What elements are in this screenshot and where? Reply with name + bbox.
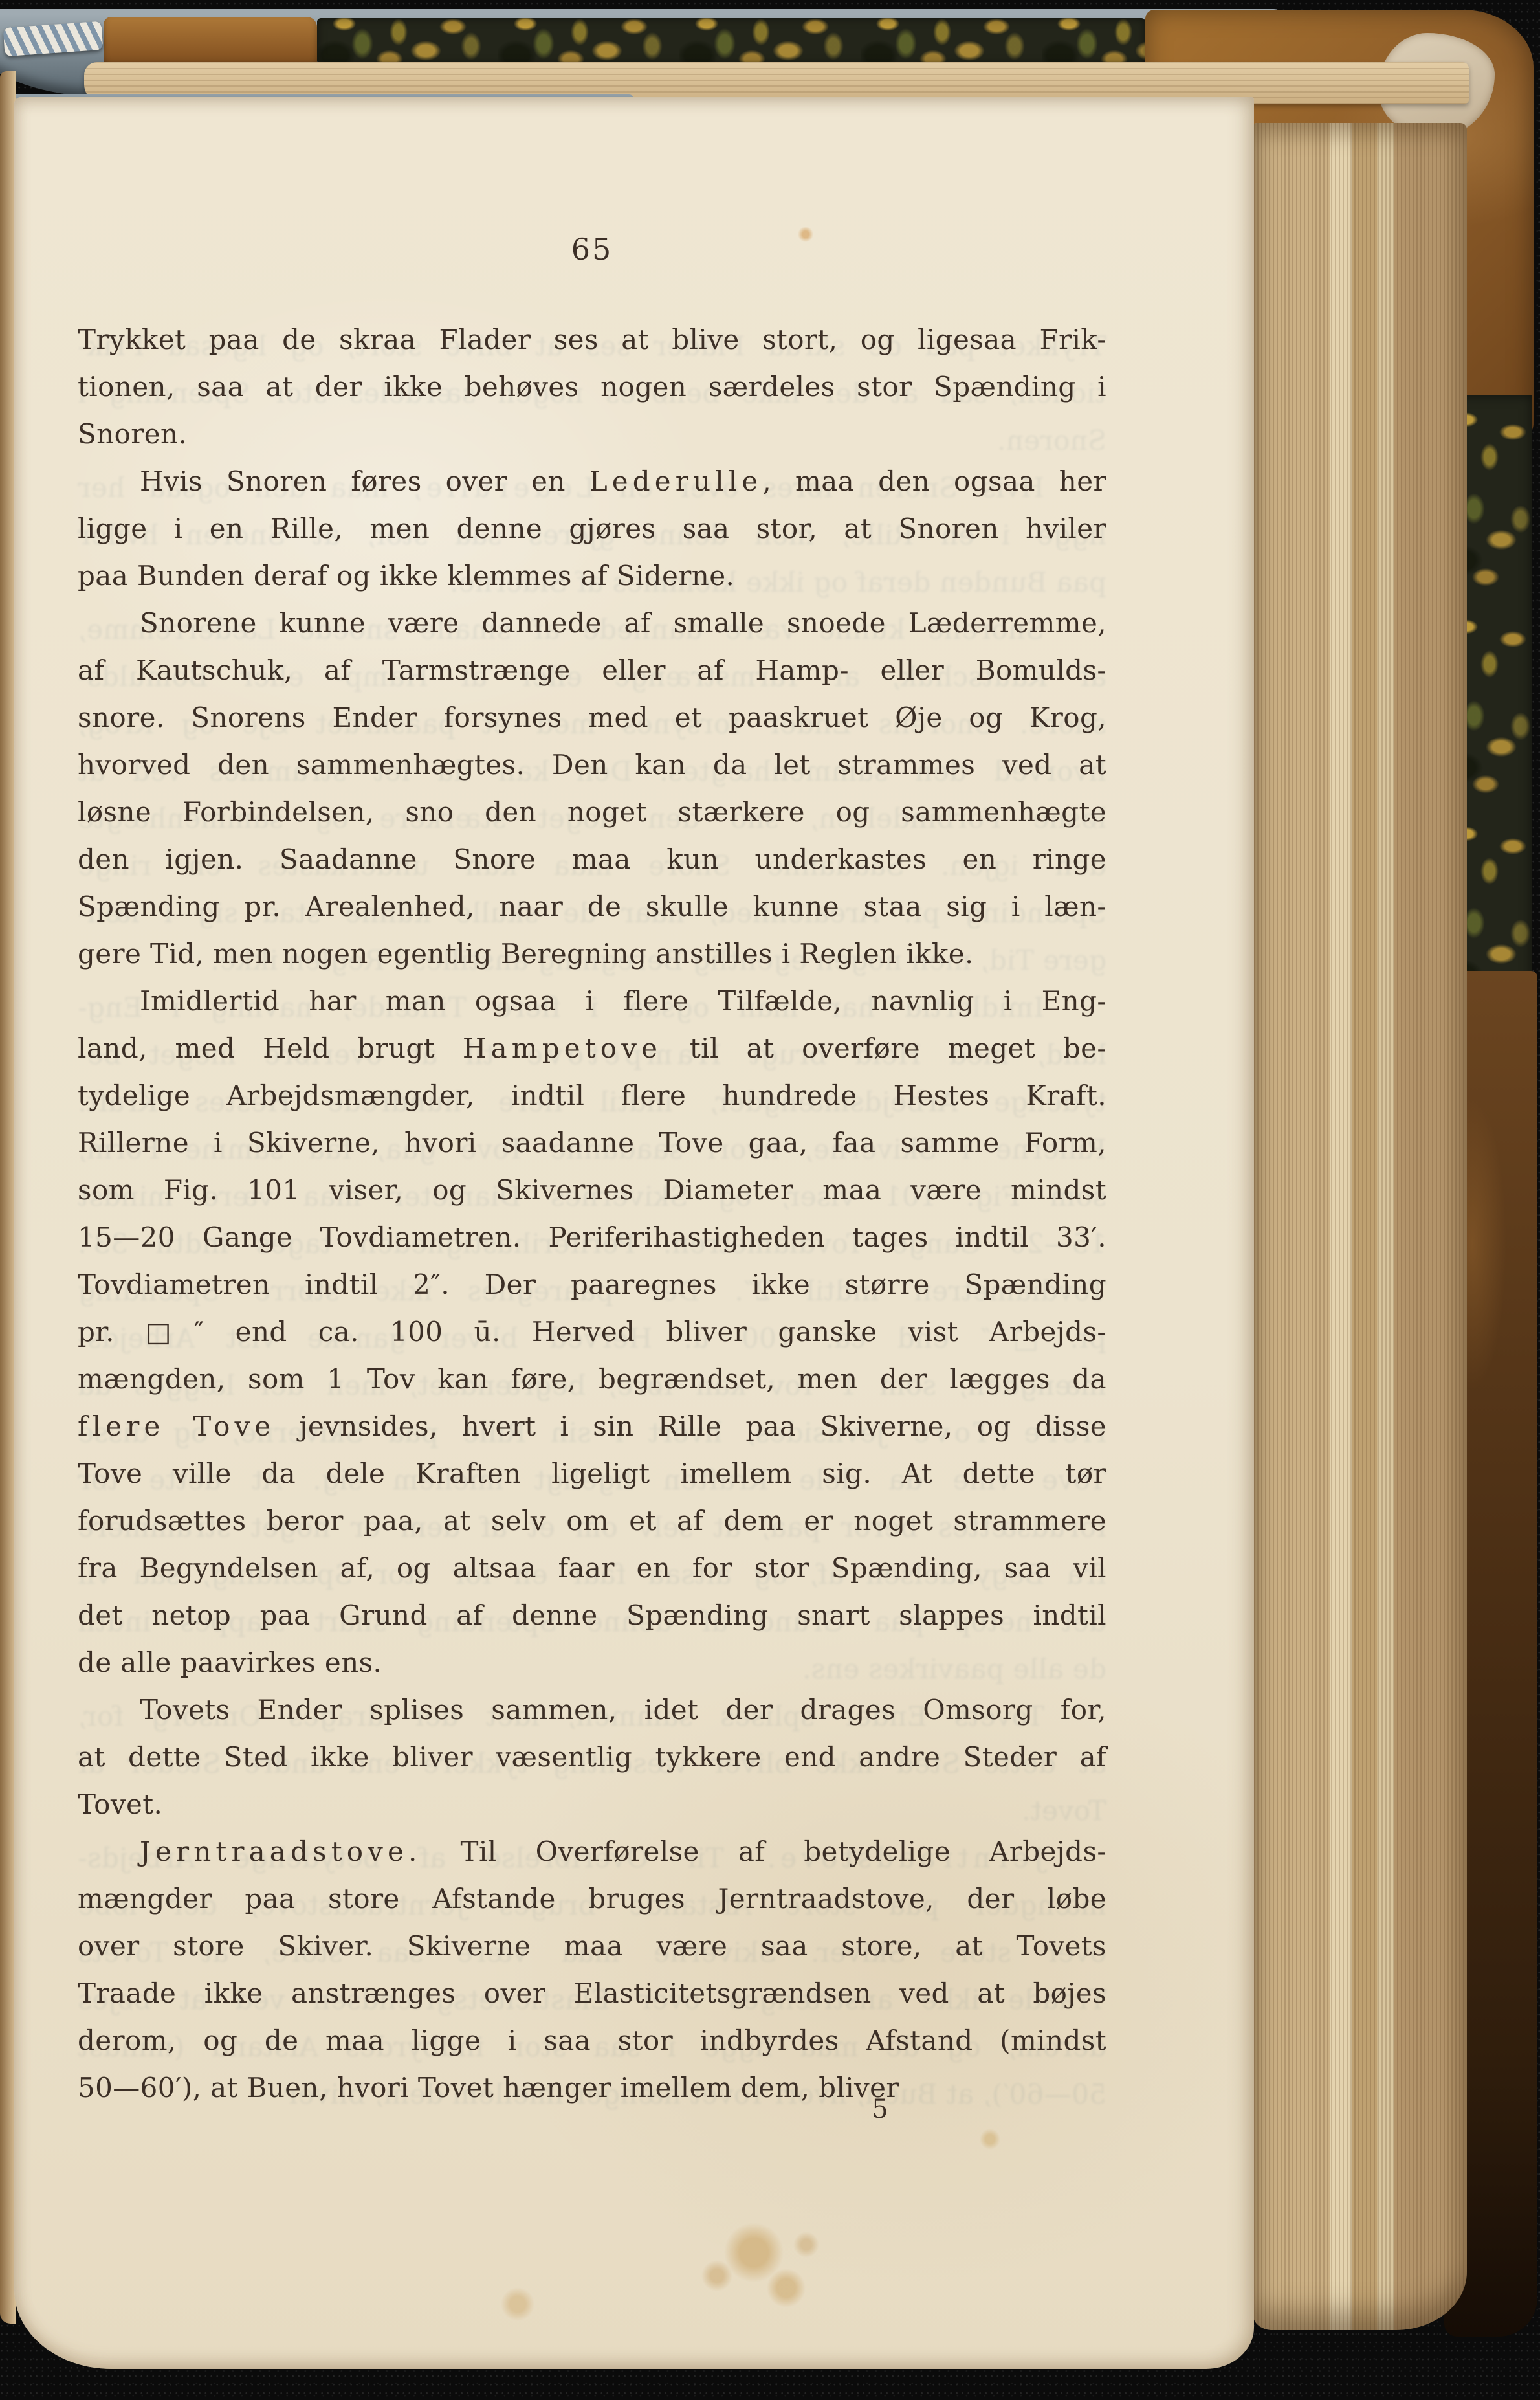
text-line: forudsættes beror paa, at selv om et af … bbox=[78, 1497, 1106, 1544]
text-line: mængder paa store Afstande bruges Jerntr… bbox=[78, 1875, 1106, 1922]
book-page-photo: Trykket paa de skraa Flader ses at blive… bbox=[0, 0, 1540, 2400]
text-line: land, med Held brugt Hampetove til at ov… bbox=[78, 1025, 1106, 1072]
text-line: at dette Sted ikke bliver væsentlig tykk… bbox=[78, 1733, 1106, 1781]
page-text: Trykket paa de skraa Flader ses at blive… bbox=[78, 316, 1106, 2111]
paragraph: Hvis Snoren føres over en Lederulle, maa… bbox=[78, 458, 1106, 599]
text-line: ligge i en Rille, men denne gjøres saa s… bbox=[78, 505, 1106, 552]
text-line: Tovets Ender splises sammen, idet der dr… bbox=[78, 1686, 1106, 1733]
text-line: tionen, saa at der ikke behøves nogen sæ… bbox=[78, 363, 1106, 410]
marbled-cover-top-strip bbox=[317, 18, 1145, 65]
text-line: som Fig. 101 viser, og Skivernes Diamete… bbox=[78, 1166, 1106, 1214]
paragraph: Jerntraadstove. Til Overførelse af betyd… bbox=[78, 1828, 1106, 2111]
text-line: Rillerne i Skiverne, hvori saadanne Tove… bbox=[78, 1119, 1106, 1166]
letterspaced-word: Lederulle bbox=[589, 465, 763, 497]
text-line: paa Bunden deraf og ikke klemmes af Side… bbox=[78, 552, 1106, 599]
letterspaced-word: Jerntraadstove. bbox=[140, 1836, 422, 1867]
text-line: den igjen. Saadanne Snore maa kun underk… bbox=[78, 836, 1106, 883]
text-line: tydelige Arbejdsmængder, indtil flere hu… bbox=[78, 1072, 1106, 1119]
fore-edge-pages bbox=[1253, 123, 1467, 2330]
page-number: 65 bbox=[78, 233, 1106, 265]
paragraph: Snorene kunne være dannede af smalle sno… bbox=[78, 599, 1106, 977]
letterspaced-word: Hampetove bbox=[463, 1032, 662, 1064]
text-line: Tovet. bbox=[78, 1781, 1106, 1828]
text-line: derom, og de maa ligge i saa stor indbyr… bbox=[78, 2017, 1106, 2064]
text-line: hvorved den sammenhægtes. Den kan da let… bbox=[78, 741, 1106, 788]
text-line: Snoren. bbox=[78, 410, 1106, 458]
text-line: Traade ikke anstrænges over Elasticitets… bbox=[78, 1970, 1106, 2017]
paragraph: Trykket paa de skraa Flader ses at blive… bbox=[78, 316, 1106, 458]
text-line: Spænding pr. Arealenhed, naar de skulle … bbox=[78, 883, 1106, 930]
text-line: Tove ville da dele Kraften ligeligt imel… bbox=[78, 1450, 1106, 1497]
text-line: mængden, som 1 Tov kan føre, begrændset,… bbox=[78, 1355, 1106, 1403]
text-line: Snorene kunne være dannede af smalle sno… bbox=[78, 599, 1106, 647]
text-line: pr. □″ end ca. 100 ū. Herved bliver gans… bbox=[78, 1308, 1106, 1355]
text-line: flere Tove jevnsides, hvert i sin Rille … bbox=[78, 1403, 1106, 1450]
text-line: de alle paavirkes ens. bbox=[78, 1639, 1106, 1686]
text-line: fra Begyndelsen af, og altsaa faar en fo… bbox=[78, 1544, 1106, 1592]
text-line: Hvis Snoren føres over en Lederulle, maa… bbox=[78, 458, 1106, 505]
text-line: Imidlertid har man ogsaa i flere Tilfæld… bbox=[78, 977, 1106, 1025]
page-edge-left bbox=[0, 71, 16, 2324]
text-line: 50—60′), at Buen, hvori Tovet hænger ime… bbox=[78, 2064, 1106, 2111]
paragraph: Imidlertid har man ogsaa i flere Tilfæld… bbox=[78, 977, 1106, 1686]
paragraph: Tovets Ender splises sammen, idet der dr… bbox=[78, 1686, 1106, 1828]
letterspaced-word: flere Tove bbox=[78, 1410, 275, 1442]
text-line: gere Tid, men nogen egentlig Beregning a… bbox=[78, 930, 1106, 977]
text-line: af Kautschuk, af Tarmstrænge eller af Ha… bbox=[78, 647, 1106, 694]
text-line: 15—20 Gange Tovdiametren. Periferihastig… bbox=[78, 1214, 1106, 1261]
text-line: det netop paa Grund af denne Spænding sn… bbox=[78, 1592, 1106, 1639]
signature-mark: 5 bbox=[854, 2094, 906, 2124]
text-line: Trykket paa de skraa Flader ses at blive… bbox=[78, 316, 1106, 363]
text-line: snore. Snorens Ender forsynes med et paa… bbox=[78, 694, 1106, 741]
text-line: Tovdiametren indtil 2″. Der paaregnes ik… bbox=[78, 1261, 1106, 1308]
text-line: Jerntraadstove. Til Overførelse af betyd… bbox=[78, 1828, 1106, 1875]
text-line: løsne Forbindelsen, sno den noget stærke… bbox=[78, 788, 1106, 836]
text-line: over store Skiver. Skiverne maa være saa… bbox=[78, 1922, 1106, 1970]
